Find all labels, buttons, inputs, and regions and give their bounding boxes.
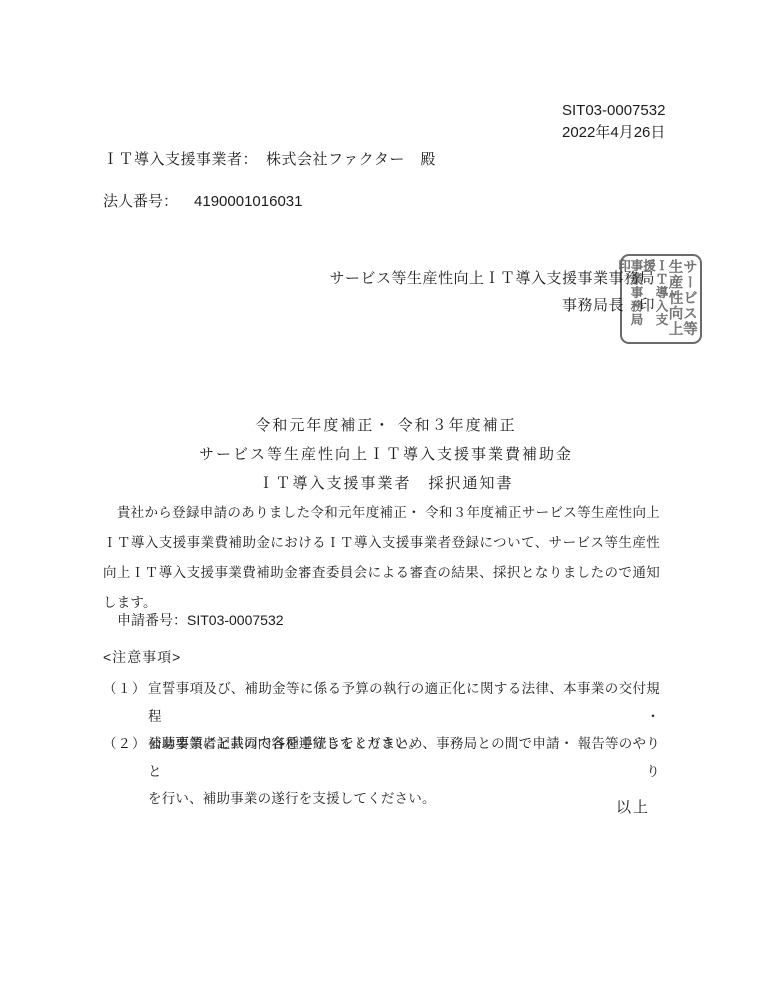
recipient-line: ＩＴ導入支援事業者： 株式会社ファクター 殿 xyxy=(103,148,436,169)
note-2-label: （２） xyxy=(103,730,147,758)
title-line-1: 令和元年度補正・ 令和３年度補正 xyxy=(0,411,772,440)
notes-heading: <注意事項> xyxy=(103,647,181,667)
note-line: を行い、補助事業の遂行を支援してください。 xyxy=(148,785,660,813)
sender-title-line: 事務局長 印 xyxy=(329,292,655,319)
corporate-number-value: 4190001016031 xyxy=(194,193,302,210)
note-1-label: （１） xyxy=(103,675,147,703)
seal-column-2: 生産性向上 xyxy=(667,259,682,339)
document-header-right: SIT03-0007532 2022年4月26日 xyxy=(562,100,665,144)
body-line: 貴社から登録申請のありました令和元年度補正・ 令和３年度補正サービス等生産性向上 xyxy=(103,498,660,528)
issue-date: 2022年4月26日 xyxy=(562,122,665,144)
corporate-number-line: 法人番号：4190001016031 xyxy=(103,190,302,211)
seal-column-1: サービス等 xyxy=(682,259,697,339)
note-line: 宣誓事項及び、補助金等に係る予算の執行の適正化に関する法律、本事業の交付規程・ xyxy=(148,675,660,730)
document-page: SIT03-0007532 2022年4月26日 ＩＴ導入支援事業者： 株式会社… xyxy=(0,0,772,999)
note-2-text: 補助事業者と共同で各種手続きをとりまとめ、事務局との間で申請・ 報告等のやりとり… xyxy=(148,730,660,813)
body-line: 向上ＩＴ導入支援事業費補助金審査委員会による審査の結果、採択となりましたので通知 xyxy=(103,558,660,588)
sender-block: サービス等生産性向上ＩＴ導入支援事業事務局 事務局長 印 xyxy=(329,265,655,319)
closing-ijou: 以上 xyxy=(616,796,650,817)
title-line-3: ＩＴ導入支援事業者 採択通知書 xyxy=(0,469,772,498)
title-line-2: サービス等生産性向上ＩＴ導入支援事業費補助金 xyxy=(0,440,772,469)
note-line: 補助事業者と共同で各種手続きをとりまとめ、事務局との間で申請・ 報告等のやりとり xyxy=(148,730,660,785)
document-title: 令和元年度補正・ 令和３年度補正 サービス等生産性向上ＩＴ導入支援事業費補助金 … xyxy=(0,411,772,498)
body-line: ＩＴ導入支援事業費補助金におけるＩＴ導入支援事業者登録について、サービス等生産性 xyxy=(103,528,660,558)
corporate-number-label: 法人番号： xyxy=(103,193,178,210)
note-item-2: （２） 補助事業者と共同で各種手続きをとりまとめ、事務局との間で申請・ 報告等の… xyxy=(103,730,660,813)
document-number: SIT03-0007532 xyxy=(562,100,665,122)
sender-organization: サービス等生産性向上ＩＴ導入支援事業事務局 xyxy=(329,265,655,292)
application-number-line: 申請番号：SIT03-0007532 xyxy=(103,610,284,630)
body-paragraph: 貴社から登録申請のありました令和元年度補正・ 令和３年度補正サービス等生産性向上… xyxy=(103,498,660,618)
